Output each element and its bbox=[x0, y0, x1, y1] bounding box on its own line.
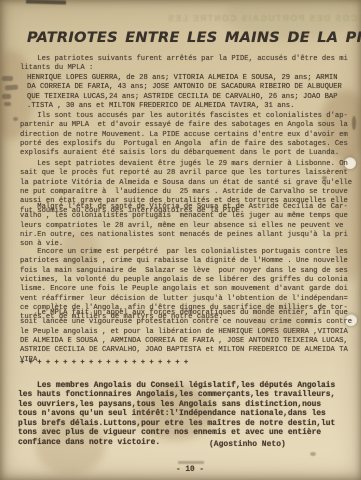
paragraph-arrested-names: HENRIQUE LOPES GUERRA, de 28 ans; VITORI… bbox=[27, 74, 342, 111]
paragraph-mpla-appeal: Le MPLA fait un appel aux forces démocra… bbox=[20, 309, 352, 365]
signature: (Agostinho Neto) bbox=[209, 440, 286, 449]
margin-smudge bbox=[4, 102, 11, 106]
smudge-mark bbox=[178, 461, 204, 464]
plus-sign-separator: + + + + + + + + + + + + + + + + + + + + bbox=[20, 359, 188, 368]
top-edge-mark bbox=[26, 0, 66, 5]
margin-smudge bbox=[5, 85, 18, 91]
ink-speck bbox=[352, 116, 356, 130]
ink-speck bbox=[13, 117, 18, 121]
paragraph-judgment-threat: Malgré l'état de santé de Vitória de Sou… bbox=[20, 203, 348, 250]
ink-speck bbox=[310, 452, 316, 456]
paragraph-accusations: Ils sont tous accusés par les autorités … bbox=[20, 112, 348, 159]
paragraph-neto-statement: Les membres Angolais du Conseil législat… bbox=[18, 381, 335, 447]
document-page: ECOS DES PORTUGAIS CONTRE LES PATRIOTES … bbox=[0, 0, 361, 480]
page-number: - 10 - bbox=[176, 466, 204, 474]
bleed-through-text: ECOS DES PORTUGAIS CONTRE LES bbox=[78, 13, 361, 27]
page-title: PATRIOTES ENTRE LES MAINS DE LA PIDE bbox=[27, 30, 361, 46]
paragraph-intro: Les patriotes suivants furent arrêtés pa… bbox=[20, 55, 348, 74]
margin-smudge bbox=[2, 76, 13, 81]
margin-smudge bbox=[2, 94, 11, 99]
